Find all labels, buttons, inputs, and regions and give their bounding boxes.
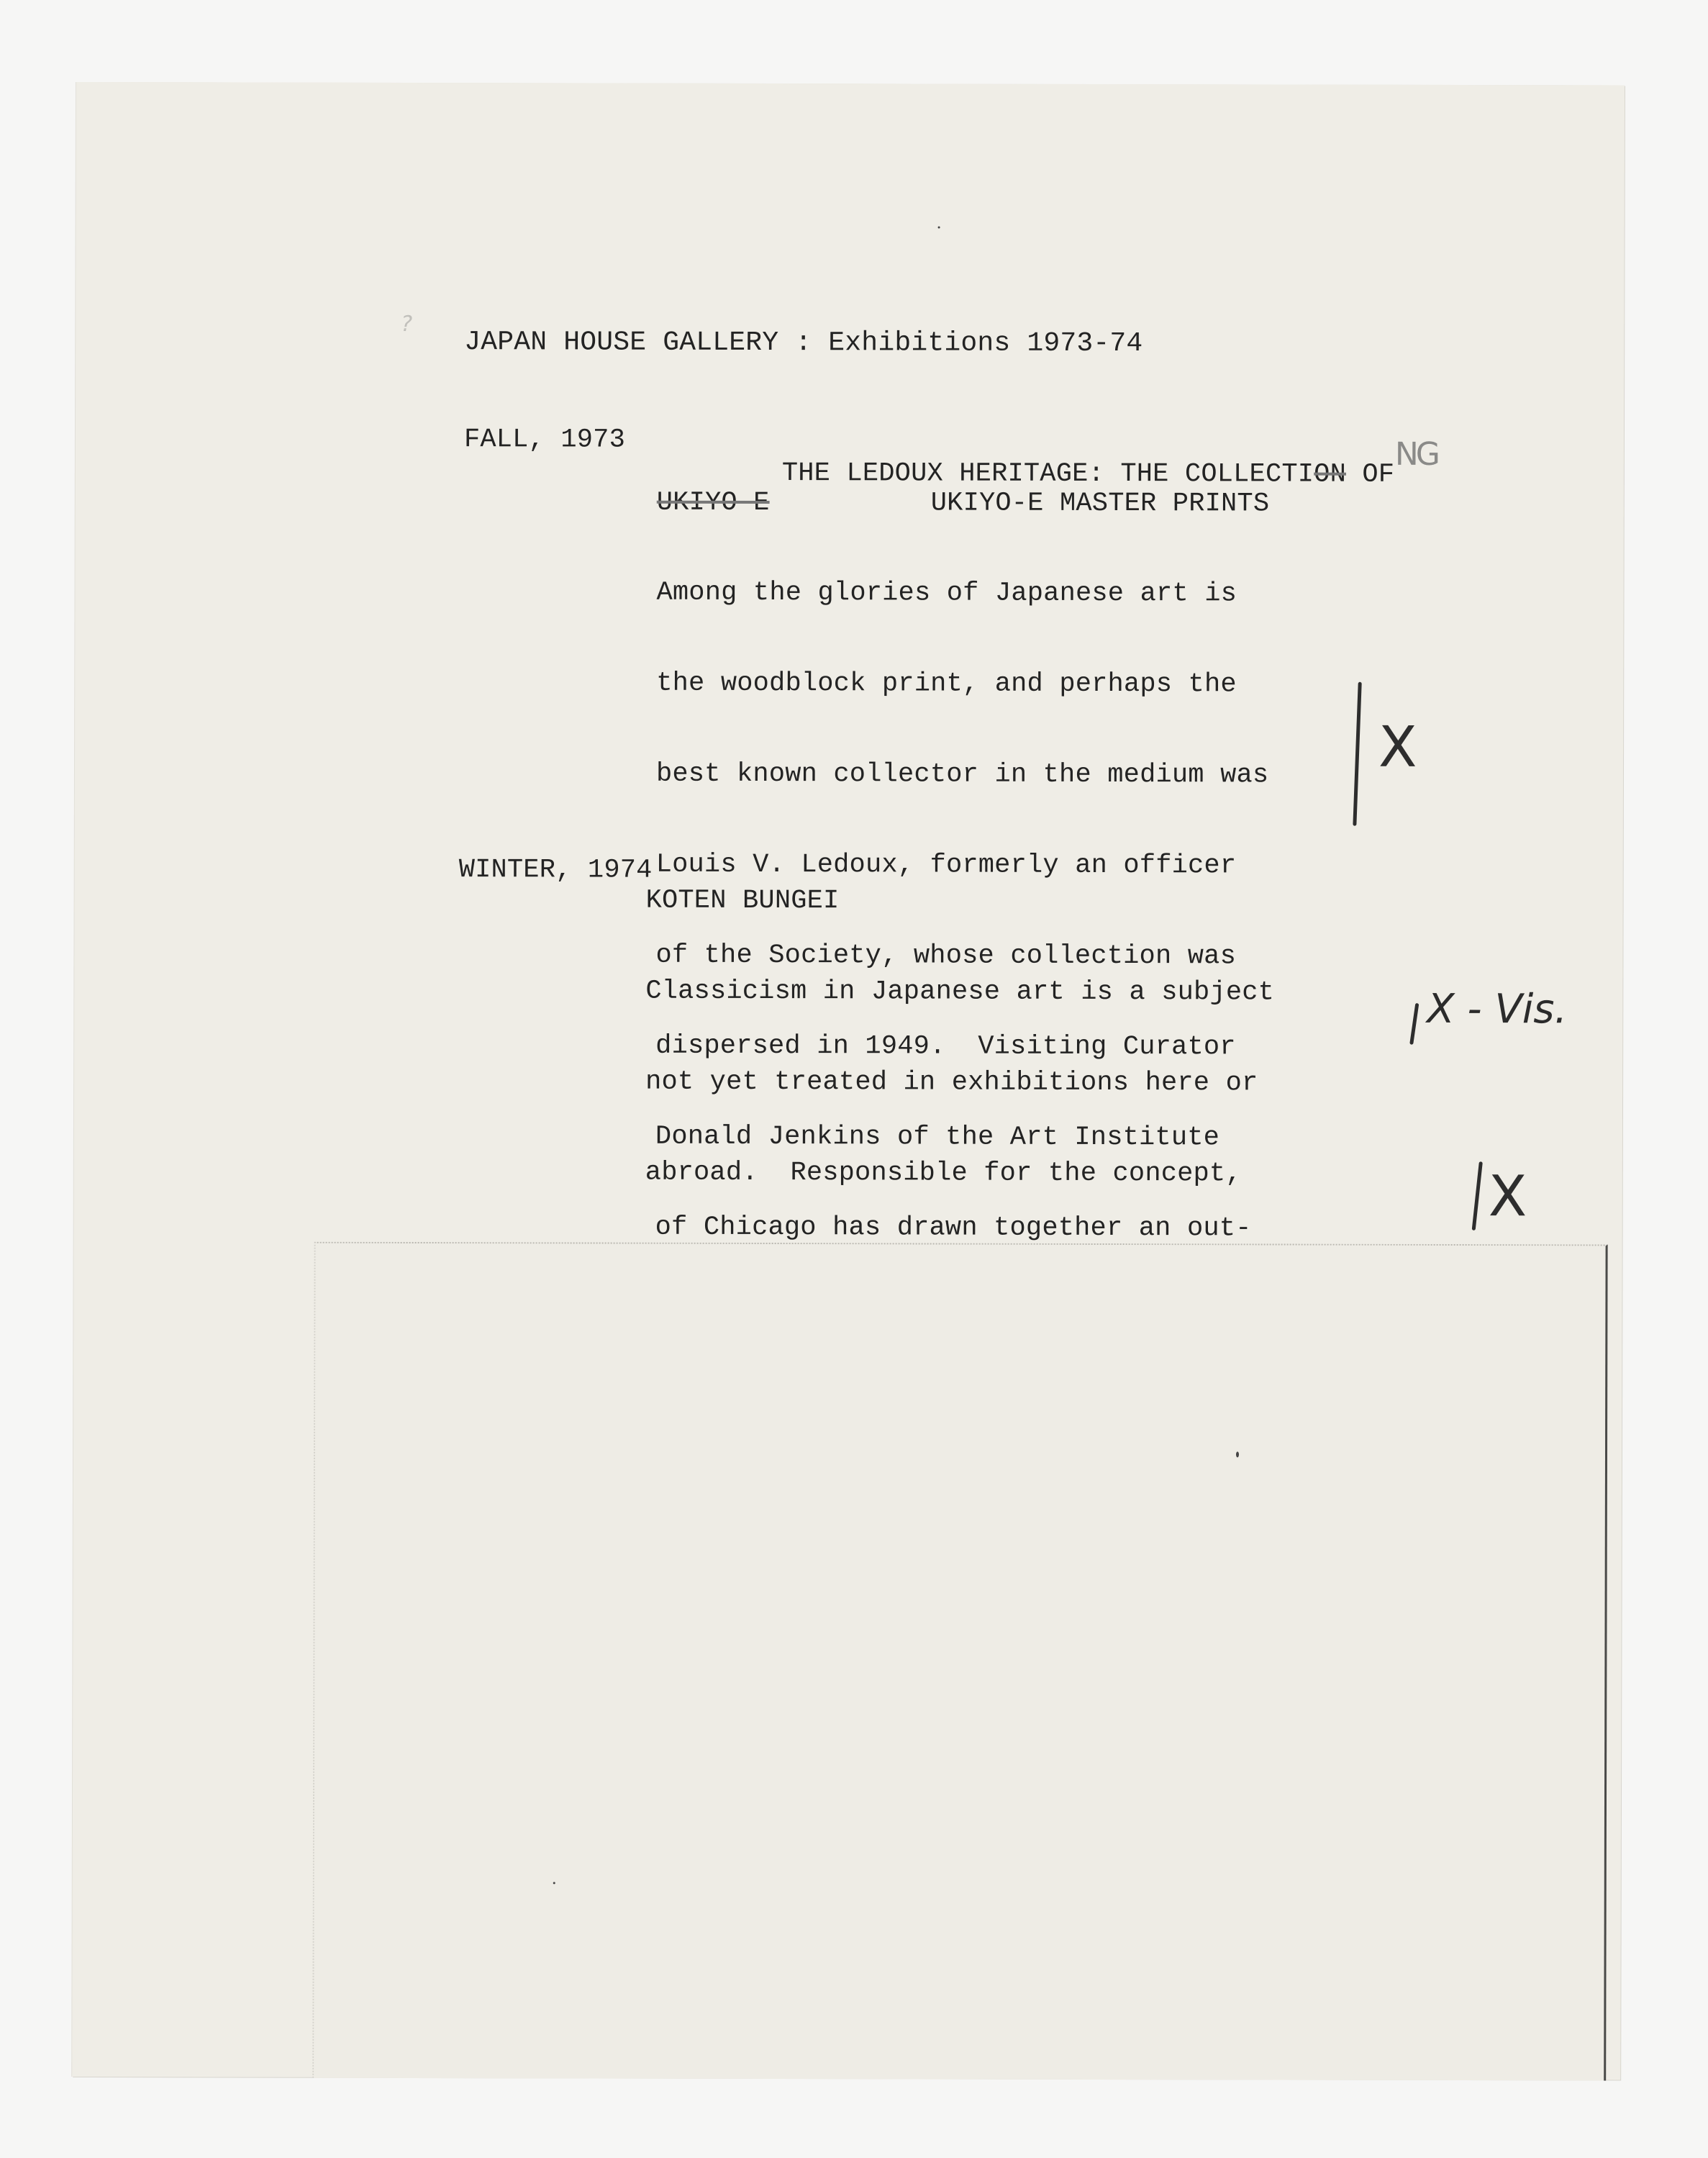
pasted-blank-sheet: [312, 1242, 1607, 2081]
struck-word-ukiyo-e: UKIYO-E: [657, 488, 770, 518]
margin-bracket-mark: [1353, 682, 1361, 826]
pencil-mark: ?: [401, 312, 412, 337]
ink-speck: [938, 227, 940, 229]
text-line: best known collector in the medium was: [656, 759, 1268, 791]
ink-speck: [1236, 1451, 1239, 1457]
text-line: not yet treated in exhibitions here or: [645, 1067, 1355, 1099]
exhibition-title-ledoux-line2: UKIYO-E MASTER PRINTS: [931, 488, 1270, 519]
margin-bracket-mark-2: [1409, 1003, 1419, 1045]
text-line: Classicism in Japanese art is a subject: [645, 976, 1355, 1008]
handwritten-correction: NG: [1395, 436, 1437, 473]
margin-x-mark: X: [1378, 715, 1417, 780]
struck-text: ON: [1314, 460, 1346, 490]
season-heading-fall-1973: FALL, 1973: [464, 425, 625, 455]
text-line: the woodblock print, and perhaps the: [656, 668, 1268, 700]
season-heading-winter-1974: WINTER, 1974: [459, 855, 653, 886]
text-line: Louis V. Ledoux, formerly an officer: [656, 850, 1268, 881]
text-line: abroad. Responsible for the concept,: [645, 1158, 1355, 1189]
ink-speck: [553, 1882, 555, 1884]
margin-annotation-vis: X - Vis.: [1427, 986, 1567, 1033]
margin-bracket-mark-3: [1472, 1161, 1483, 1230]
page-title: JAPAN HOUSE GALLERY : Exhibitions 1973-7…: [464, 327, 1143, 359]
exhibition-title-ledoux: THE LEDOUX HERITAGE: THE COLLECTION OF: [782, 458, 1394, 490]
document-page: ? JAPAN HOUSE GALLERY : Exhibitions 1973…: [72, 82, 1625, 2080]
margin-x-mark-2: X: [1489, 1164, 1527, 1229]
text-line: Among the glories of Japanese art is: [656, 578, 1268, 609]
exhibition-title-koten-bungei: KOTEN BUNGEI: [646, 886, 840, 917]
